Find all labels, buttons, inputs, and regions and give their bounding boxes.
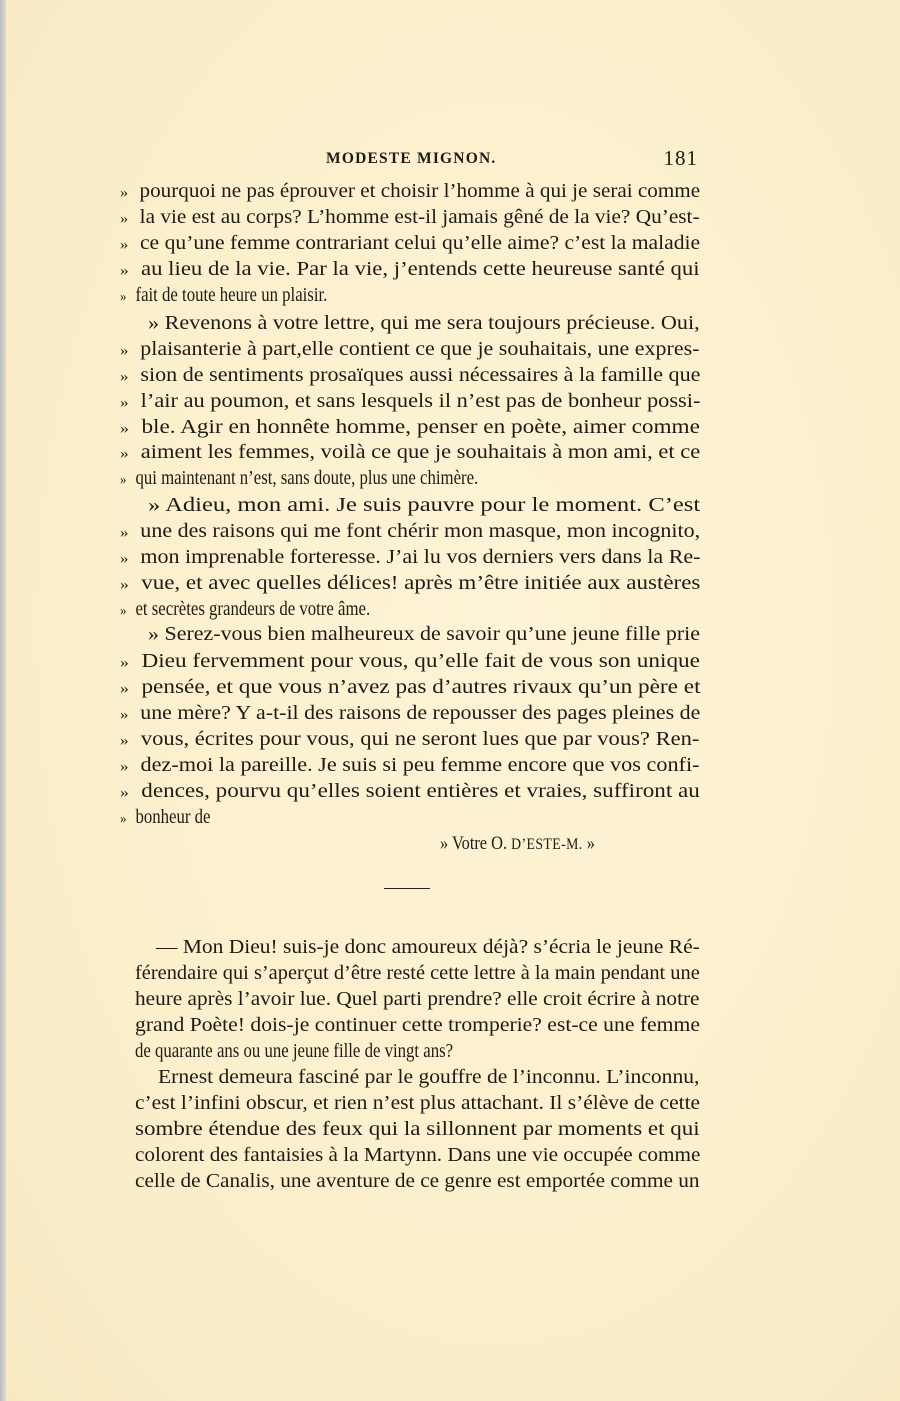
letter-line: »l’air au poumon, et sans lesquels il n’…: [120, 390, 700, 415]
narrative-line: — Mon Dieu! suis-je donc amoureux déjà? …: [156, 936, 700, 960]
letter-signature: » Votre O. D’ESTE-M. »: [440, 832, 595, 857]
letter-line: »ble. Agir en honnête homme, penser en p…: [120, 416, 700, 441]
letter-line: »pourquoi ne pas éprouver et choisir l’h…: [120, 180, 700, 205]
page-edge-shadow: [0, 0, 7, 1401]
letter-line: »vous, écrites pour vous, qui ne seront …: [120, 728, 699, 753]
letter-paragraph-start: » Adieu, mon ami. Je suis pauvre pour le…: [148, 494, 700, 518]
narrative-line: celle de Canalis, une aventure de ce gen…: [135, 1170, 700, 1194]
letter-line: »vue, et avec quelles délices! après m’ê…: [120, 572, 700, 597]
narrative-line: colorent des fantaisies à la Martynn. Da…: [135, 1144, 700, 1168]
narrative-line: grand Poète! dois-je continuer cette tro…: [135, 1014, 700, 1038]
narrative-line: sombre étendue des feux qui la sillonnen…: [135, 1118, 700, 1142]
narrative-line: de quarante ans ou une jeune fille de vi…: [135, 1040, 453, 1064]
signature-name: D’ESTE-M.: [511, 836, 583, 853]
letter-line: »dez-moi la pareille. Je suis si peu fem…: [120, 754, 700, 779]
letter-line: »et secrètes grandeurs de votre âme.: [120, 598, 370, 623]
letter-line: »dences, pourvu qu’elles soient entières…: [120, 780, 700, 805]
letter-line: »pensée, et que vous n’avez pas d’autres…: [120, 676, 701, 701]
letter-line: »plaisanterie à part,elle contient ce qu…: [120, 338, 699, 363]
letter-line: »au lieu de la vie. Par la vie, j’entend…: [120, 258, 700, 283]
letter-line: »la vie est au corps? L’homme est-il jam…: [120, 206, 700, 231]
book-page: MODESTE MIGNON. 181 »pourquoi ne pas épr…: [0, 0, 900, 1401]
page-number: 181: [664, 146, 699, 171]
narrative-line: Ernest demeura fasciné par le gouffre de…: [158, 1066, 699, 1090]
letter-line: »bonheur de: [120, 806, 210, 831]
letter-line: »aiment les femmes, voilà ce que je souh…: [120, 441, 700, 466]
letter-line: »ce qu’une femme contrariant celui qu’el…: [120, 232, 700, 257]
section-divider: [384, 888, 430, 889]
letter-paragraph-start: » Serez-vous bien malheureux de savoir q…: [148, 623, 700, 647]
narrative-line: férendaire qui s’aperçut d’être resté ce…: [135, 962, 700, 986]
letter-line: »qui maintenant n’est, sans doute, plus …: [120, 467, 478, 492]
letter-line: »fait de toute heure un plaisir.: [120, 284, 327, 309]
letter-line: »une des raisons qui me font chérir mon …: [120, 520, 700, 545]
page-header: MODESTE MIGNON. 181: [120, 146, 700, 170]
letter-line: »sion de sentiments prosaïques aussi néc…: [120, 364, 700, 389]
running-title: MODESTE MIGNON.: [326, 150, 496, 168]
letter-line: »une mère? Y a-t-il des raisons de repou…: [120, 702, 700, 727]
letter-paragraph-start: » Revenons à votre lettre, qui me sera t…: [148, 312, 700, 336]
letter-line: »Dieu fervemment pour vous, qu’elle fait…: [120, 650, 700, 675]
letter-line: »mon imprenable forteresse. J’ai lu vos …: [120, 546, 701, 571]
narrative-line: c’est l’infini obscur, et rien n’est plu…: [135, 1092, 700, 1116]
narrative-line: heure après l’avoir lue. Quel parti pren…: [135, 988, 700, 1012]
